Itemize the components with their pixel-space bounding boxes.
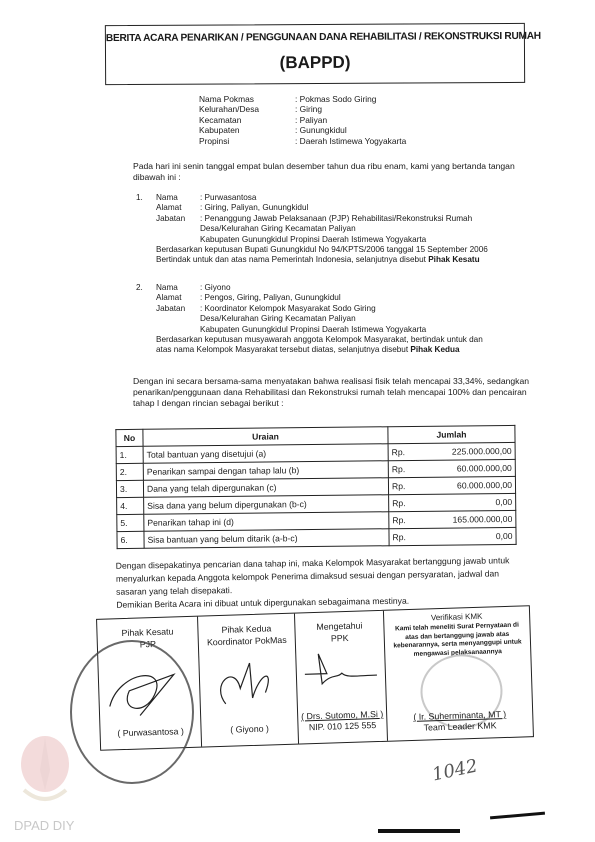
party-2: 2.Nama: Giyono Alamat: Pengos, Giring, P… bbox=[136, 283, 483, 356]
signature-ppk: MengetahuiPPK ( Drs. Sutomo, M.Si )NIP. … bbox=[295, 611, 388, 744]
signature-icon bbox=[296, 647, 386, 700]
identity-row: Nama Pokmas: Pokmas Sodo Giring bbox=[199, 94, 406, 104]
handwritten-number: 1042 bbox=[430, 755, 479, 785]
identity-row: Kecamatan: Paliyan bbox=[199, 115, 406, 125]
statement-paragraph: Dengan ini secara bersama-sama menyataka… bbox=[133, 376, 529, 410]
watermark: DPAD DIY bbox=[14, 818, 74, 833]
party-1: 1.Nama: Purwasantosa Alamat: Giring, Pal… bbox=[136, 193, 488, 266]
identity-row: Kabupaten: Gunungkidul bbox=[199, 125, 406, 135]
document-title: BERITA ACARA PENARIKAN / PENGGUNAAN DANA… bbox=[106, 31, 524, 44]
scan-artifact bbox=[378, 829, 460, 833]
scan-artifact bbox=[490, 812, 545, 820]
opening-paragraph: Pada hari ini senin tanggal empat bulan … bbox=[133, 161, 515, 183]
identity-block: Nama Pokmas: Pokmas Sodo Giring Keluraha… bbox=[199, 94, 406, 146]
document-page: BERITA ACARA PENARIKAN / PENGGUNAAN DANA… bbox=[0, 0, 595, 842]
signature-icon bbox=[199, 652, 297, 715]
emblem-icon bbox=[14, 730, 76, 808]
stamp-icon bbox=[70, 640, 194, 784]
closing-paragraph: Dengan disepakatinya pencarian dana taha… bbox=[116, 554, 510, 611]
signature-pihak-kedua: Pihak KeduaKoordinator PokMas ( Giyono ) bbox=[198, 614, 299, 747]
title-box: BERITA ACARA PENARIKAN / PENGGUNAAN DANA… bbox=[105, 23, 525, 85]
funding-table: No Uraian Jumlah 1.Total bantuan yang di… bbox=[115, 425, 516, 549]
identity-row: Kelurahan/Desa: Giring bbox=[199, 104, 406, 114]
signature-verifikasi-kmk: Verifikasi KMK Kami telah meneliti Surat… bbox=[384, 606, 533, 740]
table-row: 6.Sisa bantuan yang belum ditarik (a-b-c… bbox=[117, 527, 516, 548]
document-subtitle: (BAPPD) bbox=[106, 52, 524, 74]
identity-row: Propinsi: Daerah Istimewa Yogyakarta bbox=[199, 136, 406, 146]
